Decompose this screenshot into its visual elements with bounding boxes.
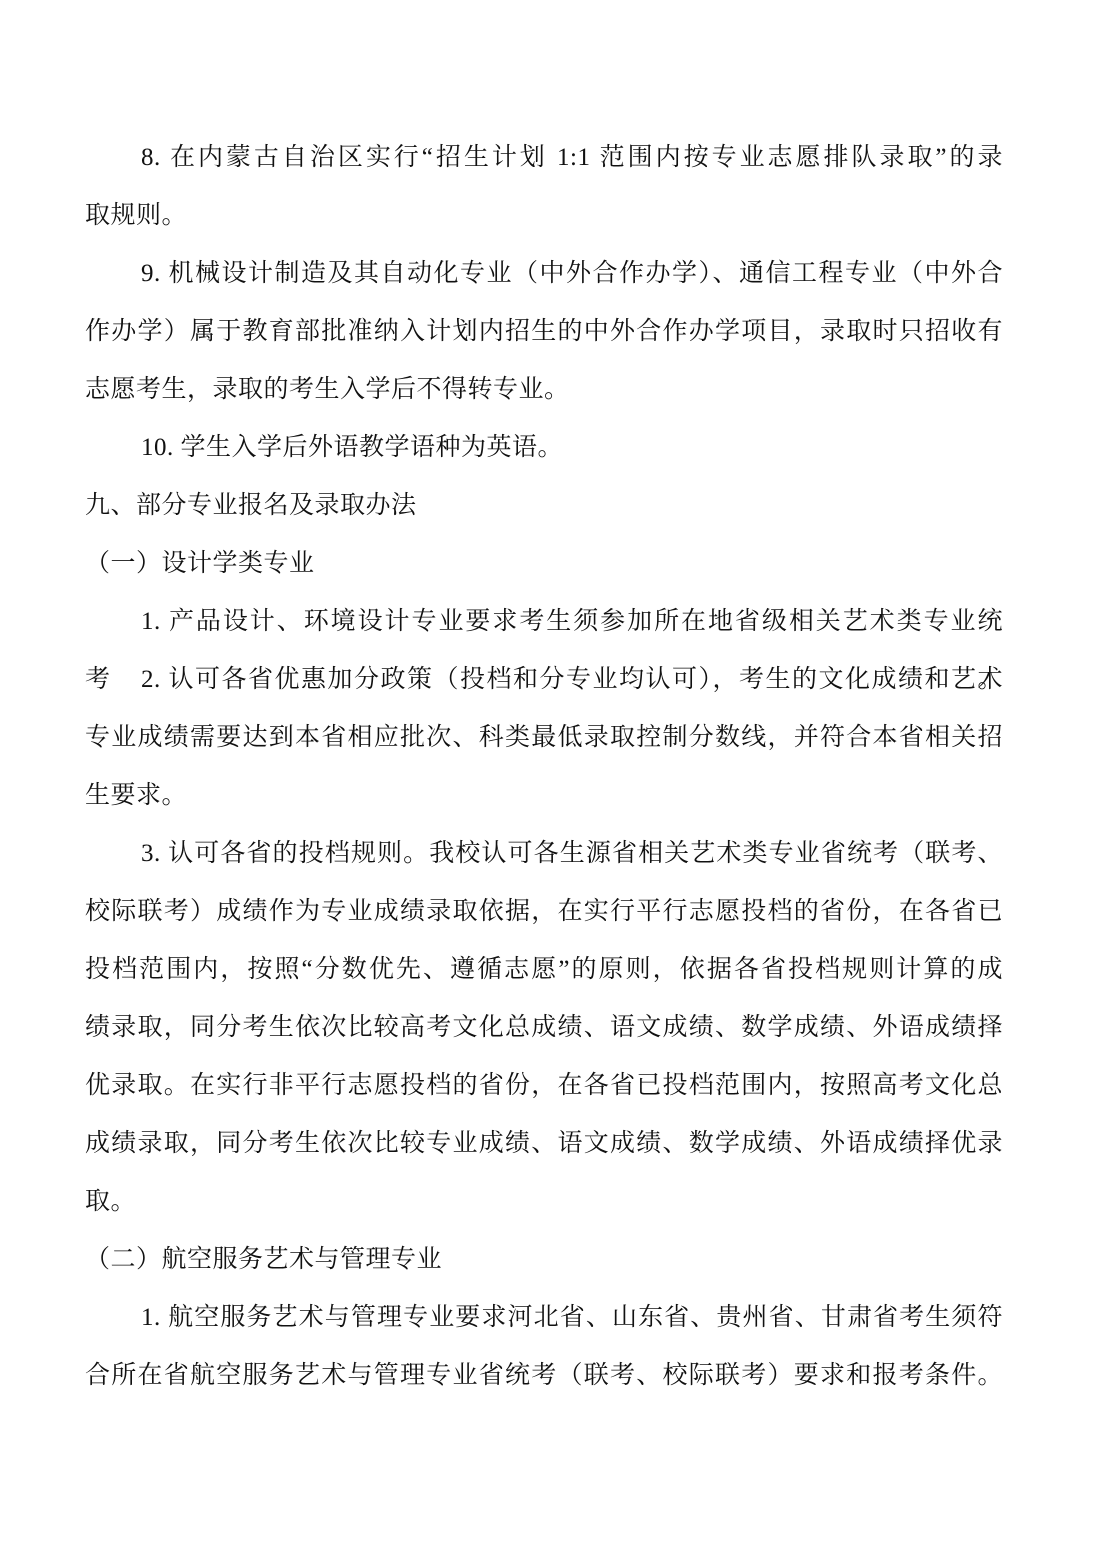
- subsection-heading: （二）航空服务艺术与管理专业: [85, 1231, 1003, 1289]
- text-line: 1. 产品设计、环境设计专业要求考生须参加所在地省级相关艺术类专业统考。: [85, 593, 1003, 651]
- text-line: 10. 学生入学后外语教学语种为英语。: [85, 419, 1003, 477]
- section-heading: 九、部分专业报名及录取办法: [85, 477, 1003, 535]
- text-line: 取。: [85, 1173, 1003, 1231]
- document-body: 8. 在内蒙古自治区实行“招生计划 1:1 范围内按专业志愿排队录取”的录取规则…: [85, 129, 1003, 1405]
- text-line: 校际联考）成绩作为专业成绩录取依据，在实行平行志愿投档的省份，在各省已: [85, 883, 1003, 941]
- text-line: 志愿考生，录取的考生入学后不得转专业。: [85, 361, 1003, 419]
- document-page: 8. 在内蒙古自治区实行“招生计划 1:1 范围内按专业志愿排队录取”的录取规则…: [0, 0, 1102, 1559]
- text-line: 3. 认可各省的投档规则。我校认可各生源省相关艺术类专业省统考（联考、: [85, 825, 1003, 883]
- text-line: 9. 机械设计制造及其自动化专业（中外合作办学）、通信工程专业（中外合: [85, 245, 1003, 303]
- text-line: 优录取。在实行非平行志愿投档的省份，在各省已投档范围内，按照高考文化总: [85, 1057, 1003, 1115]
- text-line: 作办学）属于教育部批准纳入计划内招生的中外合作办学项目，录取时只招收有: [85, 303, 1003, 361]
- text-line: 专业成绩需要达到本省相应批次、科类最低录取控制分数线，并符合本省相关招: [85, 709, 1003, 767]
- text-line: 1. 航空服务艺术与管理专业要求河北省、山东省、贵州省、甘肃省考生须符: [85, 1289, 1003, 1347]
- text-line: 投档范围内，按照“分数优先、遵循志愿”的原则，依据各省投档规则计算的成: [85, 941, 1003, 999]
- text-line: 成绩录取，同分考生依次比较专业成绩、语文成绩、数学成绩、外语成绩择优录: [85, 1115, 1003, 1173]
- text-line: 绩录取，同分考生依次比较高考文化总成绩、语文成绩、数学成绩、外语成绩择: [85, 999, 1003, 1057]
- subsection-heading: （一）设计学类专业: [85, 535, 1003, 593]
- text-line: 8. 在内蒙古自治区实行“招生计划 1:1 范围内按专业志愿排队录取”的录: [85, 129, 1003, 187]
- text-line: 生要求。: [85, 767, 1003, 825]
- text-line: 2. 认可各省优惠加分政策（投档和分专业均认可），考生的文化成绩和艺术: [85, 651, 1003, 709]
- text-line: 取规则。: [85, 187, 1003, 245]
- text-line: 合所在省航空服务艺术与管理专业省统考（联考、校际联考）要求和报考条件。: [85, 1347, 1003, 1405]
